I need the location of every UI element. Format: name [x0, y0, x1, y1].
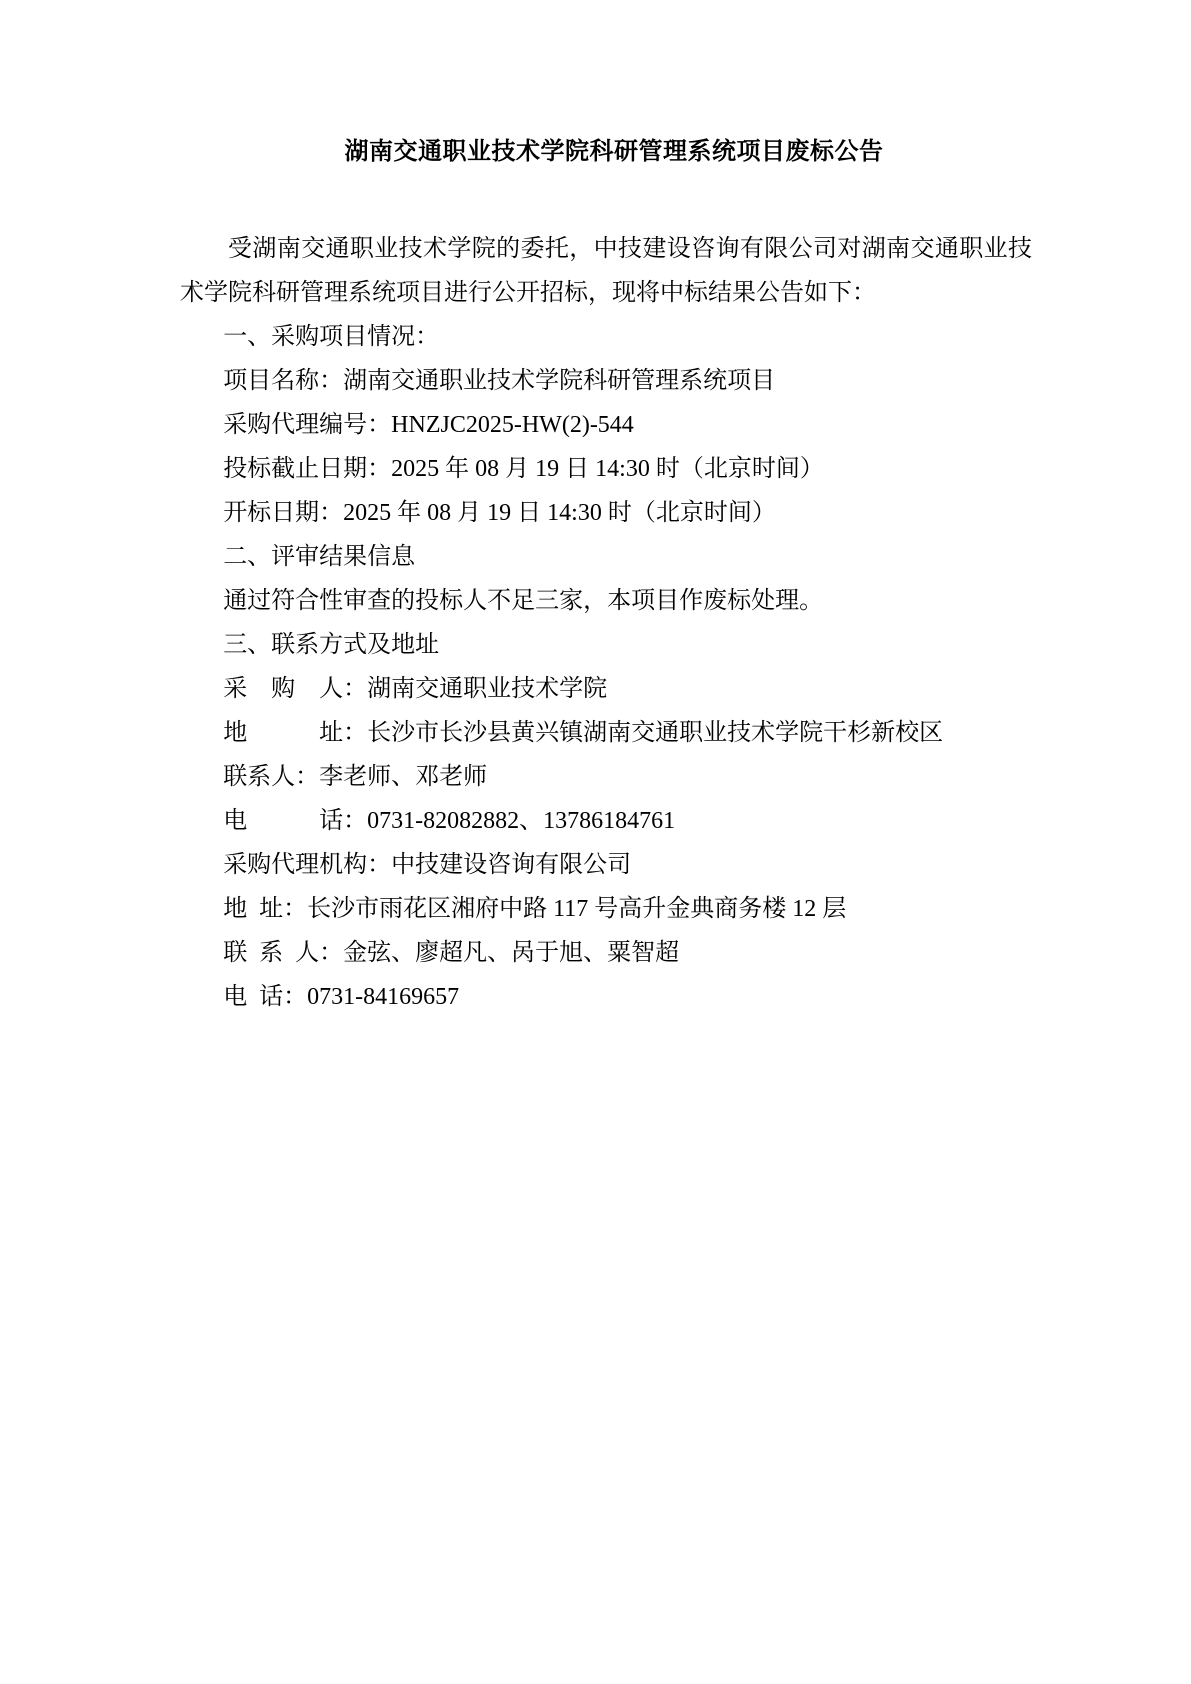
document-line: 二、评审结果信息 — [180, 535, 1032, 579]
document-line: 地 址：长沙市雨花区湘府中路 117 号高升金典商务楼 12 层 — [180, 887, 1032, 931]
document-body: 一、采购项目情况：项目名称：湖南交通职业技术学院科研管理系统项目采购代理编号：H… — [180, 315, 1032, 1019]
document-page: 湖南交通职业技术学院科研管理系统项目废标公告 受湖南交通职业技术学院的委托，中技… — [0, 0, 1191, 1684]
document-line: 采购代理编号：HNZJC2025-HW(2)-544 — [180, 403, 1032, 447]
document-line: 投标截止日期：2025 年 08 月 19 日 14:30 时（北京时间） — [180, 447, 1032, 491]
document-line: 联 系 人：金弦、廖超凡、呙于旭、粟智超 — [180, 931, 1032, 975]
document-line: 项目名称：湖南交通职业技术学院科研管理系统项目 — [180, 359, 1032, 403]
document-line: 联系人：李老师、邓老师 — [180, 755, 1032, 799]
document-line: 一、采购项目情况： — [180, 315, 1032, 359]
document-line: 采购代理机构：中技建设咨询有限公司 — [180, 843, 1032, 887]
document-line: 三、联系方式及地址 — [180, 623, 1032, 667]
document-title: 湖南交通职业技术学院科研管理系统项目废标公告 — [180, 130, 1032, 174]
document-line: 电 话：0731-82082882、13786184761 — [180, 799, 1032, 843]
document-line: 开标日期：2025 年 08 月 19 日 14:30 时（北京时间） — [180, 491, 1032, 535]
document-line: 地 址：长沙市长沙县黄兴镇湖南交通职业技术学院干杉新校区 — [180, 711, 1032, 755]
intro-paragraph: 受湖南交通职业技术学院的委托，中技建设咨询有限公司对湖南交通职业技术学院科研管理… — [180, 227, 1032, 315]
document-line: 电 话：0731-84169657 — [180, 975, 1032, 1019]
document-line: 采 购 人：湖南交通职业技术学院 — [180, 667, 1032, 711]
document-line: 通过符合性审查的投标人不足三家，本项目作废标处理。 — [180, 579, 1032, 623]
